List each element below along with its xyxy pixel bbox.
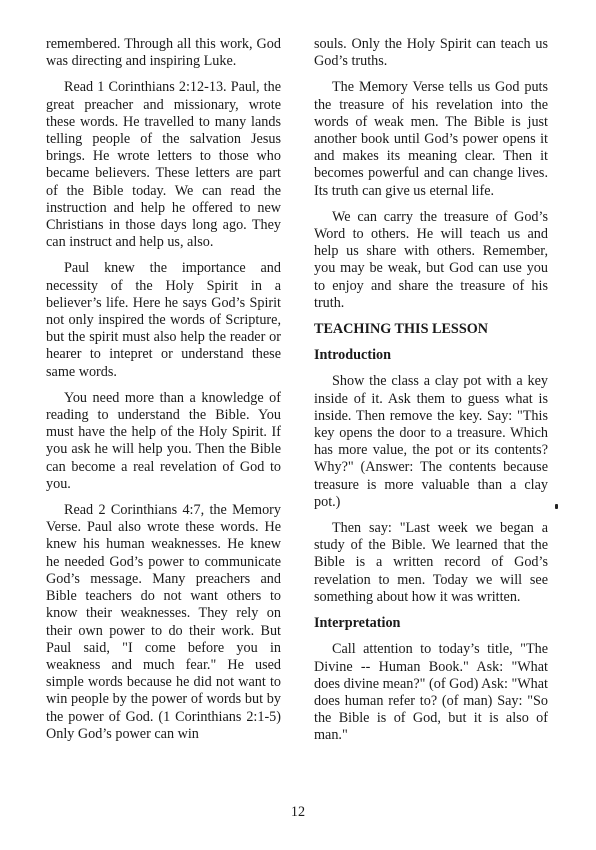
paragraph: souls. Only the Holy Spirit can teach us… (314, 36, 548, 70)
subheading-interpretation: Interpretation (314, 615, 548, 632)
paragraph: Paul knew the importance and necessity o… (46, 260, 281, 380)
paragraph: remembered. Through all this work, God w… (46, 36, 281, 70)
paragraph: You need more than a knowledge of readin… (46, 390, 281, 493)
paragraph: Read 2 Corinthians 4:7, the Memory Verse… (46, 502, 281, 743)
paragraph: Call attention to today’s title, "The Di… (314, 641, 548, 744)
page-number: 12 (0, 804, 596, 821)
paragraph: Then say: "Last week we began a study of… (314, 520, 548, 606)
paragraph: Show the class a clay pot with a key ins… (314, 373, 548, 511)
paragraph: Read 1 Corinthians 2:12-13. Paul, the gr… (46, 79, 281, 251)
section-heading: TEACHING THIS LESSON (314, 321, 548, 338)
paragraph: The Memory Verse tells us God puts the t… (314, 79, 548, 199)
left-column: remembered. Through all this work, God w… (46, 36, 281, 752)
scan-speck (555, 504, 558, 509)
subheading-introduction: Introduction (314, 347, 548, 364)
paragraph: We can carry the treasure of God’s Word … (314, 209, 548, 312)
right-column: souls. Only the Holy Spirit can teach us… (314, 36, 548, 754)
